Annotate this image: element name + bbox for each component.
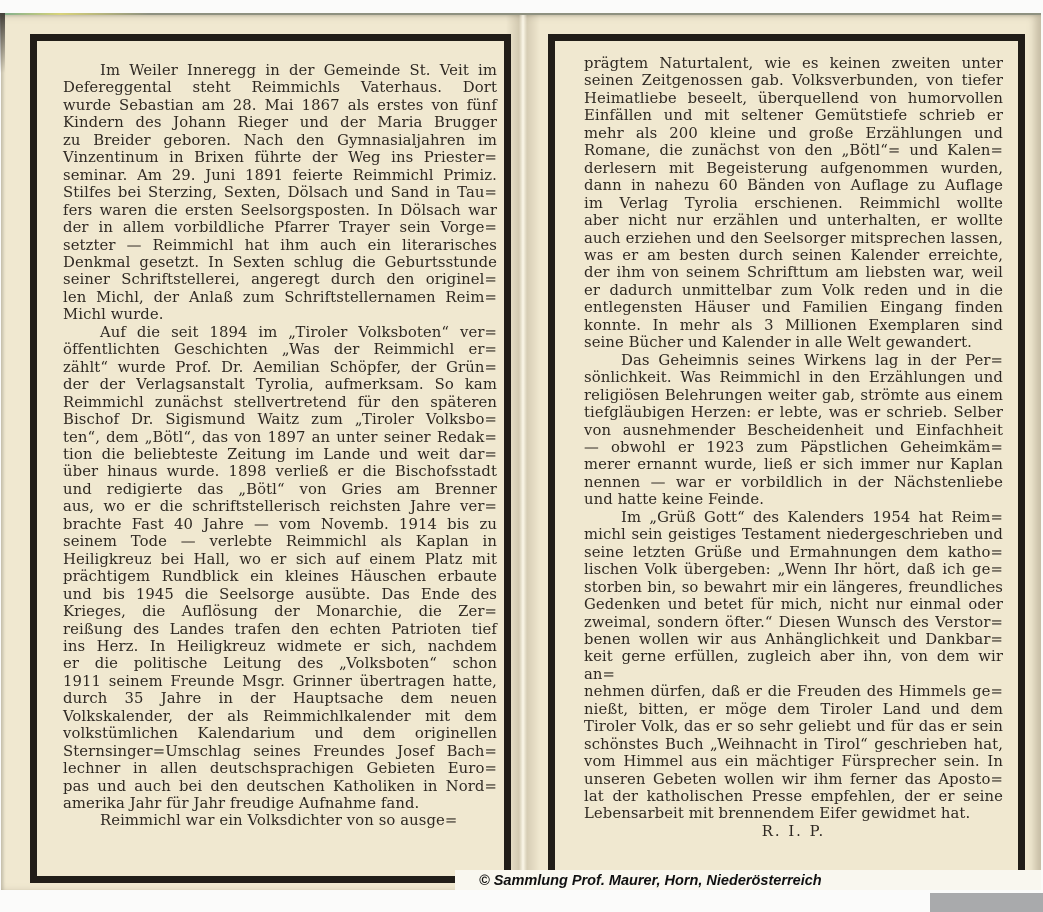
text-line: aus, wo er die schriftstellerisch reichs… <box>63 498 497 515</box>
card-edge-artifact <box>0 13 5 73</box>
text-line: der in allem vorbildliche Pfarrer Trayer… <box>63 219 497 236</box>
text-line: schönstes Buch „Weihnacht in Tirol“ gesc… <box>584 736 1003 753</box>
text-line: merer ernannt wurde, ließ er sich immer … <box>584 456 1003 473</box>
text-line: R. I. P. <box>584 823 1003 840</box>
paragraph: prägtem Naturtalent, wie es keinen zweit… <box>584 55 1003 352</box>
text-line: lischen Volk übergeben: „Wenn Ihr hört, … <box>584 561 1003 578</box>
text-line: zweimal, sondern öfter.“ Diesen Wunsch d… <box>584 614 1003 631</box>
text-line: nehmen dürfen, daß er die Freuden des Hi… <box>584 683 1003 700</box>
page-right-text: prägtem Naturtalent, wie es keinen zweit… <box>555 41 1018 871</box>
paragraph: R. I. P. <box>584 823 1003 840</box>
paragraph: Das Geheimnis seines Wirkens lag in der … <box>584 352 1003 509</box>
text-line: Volkskalender, der als Reimmichlkalender… <box>63 708 497 725</box>
text-line: er die politische Leitung des „Volksbote… <box>63 655 497 672</box>
text-line: Romane, die zunächst von den „Bötl“= und… <box>584 142 1003 159</box>
page-fold-crease <box>506 15 540 873</box>
text-line: Das Geheimnis seines Wirkens lag in der … <box>584 352 1003 369</box>
text-line: 1911 seinem Freunde Msgr. Grinner übertr… <box>63 673 497 690</box>
text-line: seminar. Am 29. Juni 1891 feierte Reimmi… <box>63 167 497 184</box>
text-line: Reimmichl war ein Volksdichter von so au… <box>63 812 497 829</box>
text-line: seinen Zeitgenossen gab. Volksverbunden,… <box>584 72 1003 89</box>
text-line: unseren Gebeten wollen wir ihm ferner da… <box>584 771 1003 788</box>
text-line: Stilfes bei Sterzing, Sexten, Dölsach un… <box>63 184 497 201</box>
text-line: Einfällen und mit seltener Gemütstiefe s… <box>584 107 1003 124</box>
text-line: der ihm von seinem Schrifttum am liebste… <box>584 264 1003 281</box>
text-line: Bischof Dr. Sigismund Waitz zum „Tiroler… <box>63 411 497 428</box>
scanned-memorial-card: Im Weiler Inneregg in der Gemeinde St. V… <box>1 13 1041 892</box>
page-right-frame: prägtem Naturtalent, wie es keinen zweit… <box>548 34 1025 878</box>
text-line: Gedenken und betet für mich, nicht nur e… <box>584 596 1003 613</box>
text-line: nießt, bitten, er möge dem Tiroler Land … <box>584 701 1003 718</box>
text-line: entlegensten Häuser und Familien Eingang… <box>584 299 1003 316</box>
text-line: volkstümlichen Kalendarium und dem origi… <box>63 725 497 742</box>
text-line: er dadurch unmittelbar zum Volk reden un… <box>584 282 1003 299</box>
text-line: fers waren die ersten Seelsorgsposten. I… <box>63 202 497 219</box>
text-line: aber nicht nur erzählen und unterhalten,… <box>584 212 1003 229</box>
text-line: ten“, dem „Bötl“, das von 1897 an unter … <box>63 429 497 446</box>
text-line: michl sein geistiges Testament niederges… <box>584 526 1003 543</box>
text-line: Tiroler Volk, das er so sehr geliebt und… <box>584 718 1003 735</box>
text-line: dann in nahezu 60 Bänden von Auflage zu … <box>584 177 1003 194</box>
scan-background-strip <box>0 890 1043 912</box>
text-line: Krieges, die Auflösung der Monarchie, di… <box>63 603 497 620</box>
text-line: — obwohl er 1923 zum Päpstlichen Geheimk… <box>584 439 1003 456</box>
text-line: derlesern mit Begeisterung aufgenommen w… <box>584 160 1003 177</box>
text-line: Reimmichl zunächst stellvertretend für d… <box>63 394 497 411</box>
text-line: Sternsinger=Umschlag seines Freundes Jos… <box>63 743 497 760</box>
text-line: amerika Jahr für Jahr freudige Aufnahme … <box>63 795 497 812</box>
text-line: prächtigem Rundblick ein kleines Häusche… <box>63 568 497 585</box>
text-line: seinem Tode — verlebte Reimmichl als Kap… <box>63 533 497 550</box>
text-line: was er am besten durch seinen Kalender e… <box>584 247 1003 264</box>
text-line: und redigierte das „Bötl“ von Gries am B… <box>63 481 497 498</box>
paragraph: Im Weiler Inneregg in der Gemeinde St. V… <box>63 62 497 324</box>
text-line: brachte Fast 40 Jahre — vom Novemb. 1914… <box>63 516 497 533</box>
credit-band: © Sammlung Prof. Maurer, Horn, Niederöst… <box>455 870 1041 892</box>
text-line: durch 35 Jahre in der Hauptsache dem neu… <box>63 690 497 707</box>
paragraph: Reimmichl war ein Volksdichter von so au… <box>63 812 497 829</box>
text-line: konnte. In mehr als 3 Millionen Exemplar… <box>584 317 1003 334</box>
collection-credit: © Sammlung Prof. Maurer, Horn, Niederöst… <box>455 873 822 889</box>
text-line: von ausnehmender Bescheidenheit und Einf… <box>584 422 1003 439</box>
text-line: keit gerne erfüllen, zugleich aber ihn, … <box>584 648 1003 683</box>
text-line: religiösen Belehrungen weiter gab, ström… <box>584 387 1003 404</box>
text-line: reißung des Landes trafen den echten Pat… <box>63 621 497 638</box>
text-line: tion die beliebteste Zeitung im Lande un… <box>63 446 497 463</box>
text-line: Lebensarbeit mit brennendem Eifer gewidm… <box>584 805 1003 822</box>
text-line: und bis 1945 die Seelsorge ausübte. Das … <box>63 586 497 603</box>
text-line: Denkmal gesetzt. In Sexten schlug die Ge… <box>63 254 497 271</box>
text-line: über hinaus wurde. 1898 verließ er die B… <box>63 463 497 480</box>
text-line: Michl wurde. <box>63 306 497 323</box>
text-line: seine letzten Grüße und Ermahnungen dem … <box>584 544 1003 561</box>
text-line: auch erziehen und den Seelsorger mitspre… <box>584 230 1003 247</box>
text-line: tiefgläubigen Herzen: er lebte, was er s… <box>584 404 1003 421</box>
text-line: öffentlichten Geschichten „Was der Reimm… <box>63 341 497 358</box>
text-line: lechner in allen deutschsprachigen Gebie… <box>63 760 497 777</box>
text-line: seine Bücher und Kalender in alle Welt g… <box>584 334 1003 351</box>
text-line: Heiligkreuz bei Hall, wo er sich auf ein… <box>63 551 497 568</box>
text-line: zu Breider geboren. Nach den Gymnasialja… <box>63 132 497 149</box>
page-left-frame: Im Weiler Inneregg in der Gemeinde St. V… <box>30 34 511 883</box>
text-line: seiner Schriftstellerei, angeregt durch … <box>63 271 497 288</box>
text-line: nennen — war er vorbildlich in der Nächs… <box>584 474 1003 491</box>
text-line: len Michl, der Anlaß zum Schriftstellern… <box>63 289 497 306</box>
text-line: zählt“ wurde Prof. Dr. Aemilian Schöpfer… <box>63 359 497 376</box>
text-line: Heimatliebe beseelt, überquellend von hu… <box>584 90 1003 107</box>
text-line: wurde Sebastian am 28. Mai 1867 als erst… <box>63 97 497 114</box>
paragraph: Im „Grüß Gott“ des Kalenders 1954 hat Re… <box>584 509 1003 823</box>
text-line: Auf die seit 1894 im „Tiroler Volksboten… <box>63 324 497 341</box>
text-line: prägtem Naturtalent, wie es keinen zweit… <box>584 55 1003 72</box>
text-line: lat der katholischen Presse empfehlen, d… <box>584 788 1003 805</box>
text-line: benen wollen wir aus Anhänglichkeit und … <box>584 631 1003 648</box>
page-left-text: Im Weiler Inneregg in der Gemeinde St. V… <box>37 41 504 876</box>
text-line: mehr als 200 kleine und große Erzählunge… <box>584 125 1003 142</box>
text-line: storben bin, so bewahrt mir ein längeres… <box>584 579 1003 596</box>
text-line: setzter — Reimmichl hat ihm auch ein lit… <box>63 237 497 254</box>
text-line: der der Verlagsanstalt Tyrolia, aufmerks… <box>63 376 497 393</box>
text-line: vom Himmel aus ein mächtiger Fürsprecher… <box>584 753 1003 770</box>
text-line: ins Herz. In Heiligkreuz widmete er sich… <box>63 638 497 655</box>
text-line: Defereggental steht Reimmichls Vaterhaus… <box>63 79 497 96</box>
text-line: Im Weiler Inneregg in der Gemeinde St. V… <box>63 62 497 79</box>
text-line: und hatte keine Feinde. <box>584 491 1003 508</box>
text-line: sönlichkeit. Was Reimmichl in den Erzähl… <box>584 369 1003 386</box>
text-line: Vinzentinum in Brixen führte der Weg ins… <box>63 149 497 166</box>
scanner-bed-corner <box>930 893 1043 912</box>
text-line: Im „Grüß Gott“ des Kalenders 1954 hat Re… <box>584 509 1003 526</box>
paragraph: Auf die seit 1894 im „Tiroler Volksboten… <box>63 324 497 813</box>
text-line: Kindern des Johann Rieger und der Maria … <box>63 114 497 131</box>
text-line: im Verlag Tyrolia erschienen. Reimmichl … <box>584 195 1003 212</box>
text-line: pas und auch bei den deutschen Katholike… <box>63 778 497 795</box>
